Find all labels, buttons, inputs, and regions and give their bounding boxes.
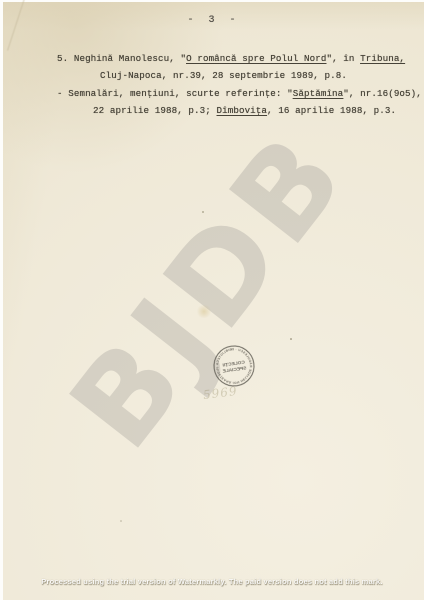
- text-segment: ", nr.16(9o5),: [343, 88, 422, 99]
- bibliography-line: 22 aprilie 1988, p.3; Dîmbovița, 16 apri…: [93, 105, 396, 116]
- paper-stain: [196, 305, 212, 318]
- page-edge-left: [0, 0, 3, 600]
- bibliography-line: - Semnalări, mențiuni, scurte referințe:…: [57, 88, 422, 99]
- bibliography-line: Cluj-Napoca, nr.39, 28 septembrie 1989, …: [100, 70, 347, 81]
- paper-speck: [120, 520, 122, 522]
- pencil-inventory-note: 5969: [202, 384, 238, 402]
- scanned-document-page: BJDB - 3 - 5. Neghină Manolescu, "O româ…: [0, 0, 424, 600]
- underlined-title: O româncă spre Polul Nord: [186, 53, 326, 64]
- page-number: - 3 -: [0, 15, 424, 26]
- text-segment: 22 aprilie 1988, p.3;: [93, 105, 217, 116]
- underlined-title: Tribuna,: [360, 53, 405, 64]
- trial-version-watermark: Processed using the trial version of Wat…: [0, 577, 424, 586]
- paper-speck: [202, 211, 204, 213]
- underlined-title: Săptămîna: [293, 88, 344, 99]
- underlined-title: Dîmbovița: [217, 105, 268, 116]
- paper-speck: [290, 338, 292, 340]
- text-segment: , 16 aprilie 1988, p.3.: [267, 105, 396, 116]
- text-segment: - Semnalări, mențiuni, scurte referințe:…: [57, 88, 293, 99]
- text-segment: 5. Neghină Manolescu, ": [57, 53, 186, 64]
- text-segment: ", în: [326, 53, 360, 64]
- text-segment: Cluj-Napoca, nr.39, 28 septembrie 1989, …: [100, 70, 347, 81]
- bibliography-line: 5. Neghină Manolescu, "O româncă spre Po…: [57, 53, 405, 64]
- page-edge-top: [0, 0, 424, 2]
